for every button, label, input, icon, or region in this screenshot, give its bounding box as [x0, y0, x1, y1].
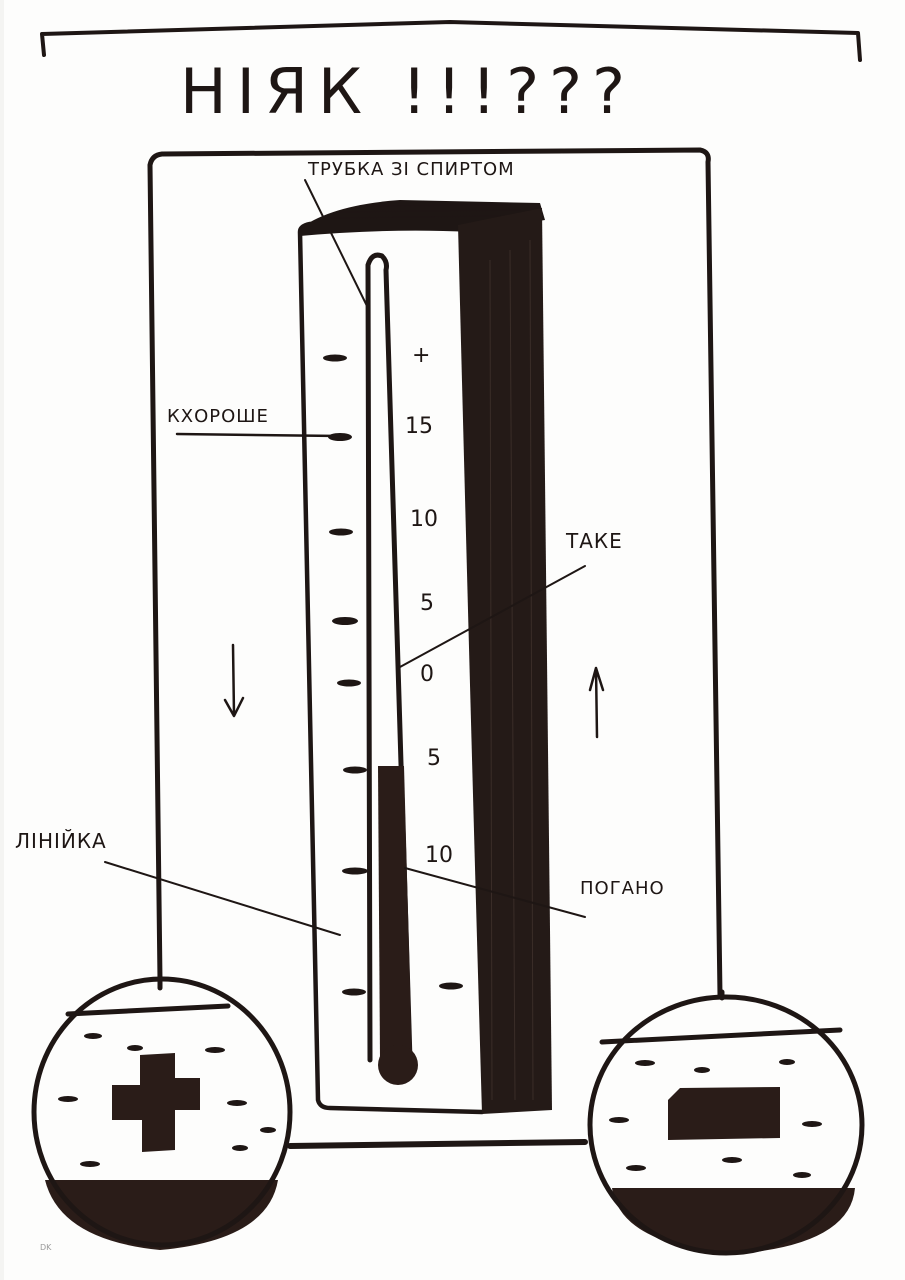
- arrow-up-icon: [590, 668, 603, 737]
- thermometer-bulb: [378, 1045, 418, 1085]
- scale-plus-sign: +: [412, 343, 430, 368]
- board-side-face: [458, 208, 552, 1114]
- label-tube: ТРУБКА ЗІ СПИРТОМ: [307, 159, 515, 180]
- leader-tube: [305, 180, 368, 308]
- page-title: НІЯК !!!???: [180, 55, 635, 128]
- leader-ruler: [105, 862, 340, 935]
- left-vessel: [34, 978, 290, 1250]
- label-good: КХОРОШЕ: [167, 406, 269, 427]
- brick-diver-icon: [668, 1087, 780, 1140]
- scale-number-0: 0: [420, 662, 434, 687]
- corner-mark: DK: [40, 1243, 51, 1252]
- alcohol-column: [378, 766, 412, 1060]
- label-so-so: ТАКЕ: [565, 529, 623, 553]
- scale-number-5-lower: 5: [427, 746, 441, 771]
- scale-number-15: 15: [405, 414, 433, 439]
- label-ruler: ЛІНІЙКА: [15, 829, 107, 853]
- arrow-down-icon: [225, 645, 243, 716]
- outer-frame: [150, 150, 720, 995]
- scale-number-10: 10: [410, 507, 438, 532]
- cross-diver-icon: [112, 1053, 200, 1152]
- connector-bar: [290, 1142, 585, 1146]
- scale-number-10-lower: 10: [425, 843, 453, 868]
- scale-number-5-upper: 5: [420, 591, 434, 616]
- leader-good: [177, 434, 340, 436]
- right-vessel: [590, 992, 862, 1254]
- label-bad: ПОГАНО: [580, 878, 665, 899]
- thermometer-diagram: НІЯК !!!??? + 15 10 5 0 5 10 ТРУБКА ЗІ С…: [0, 0, 905, 1280]
